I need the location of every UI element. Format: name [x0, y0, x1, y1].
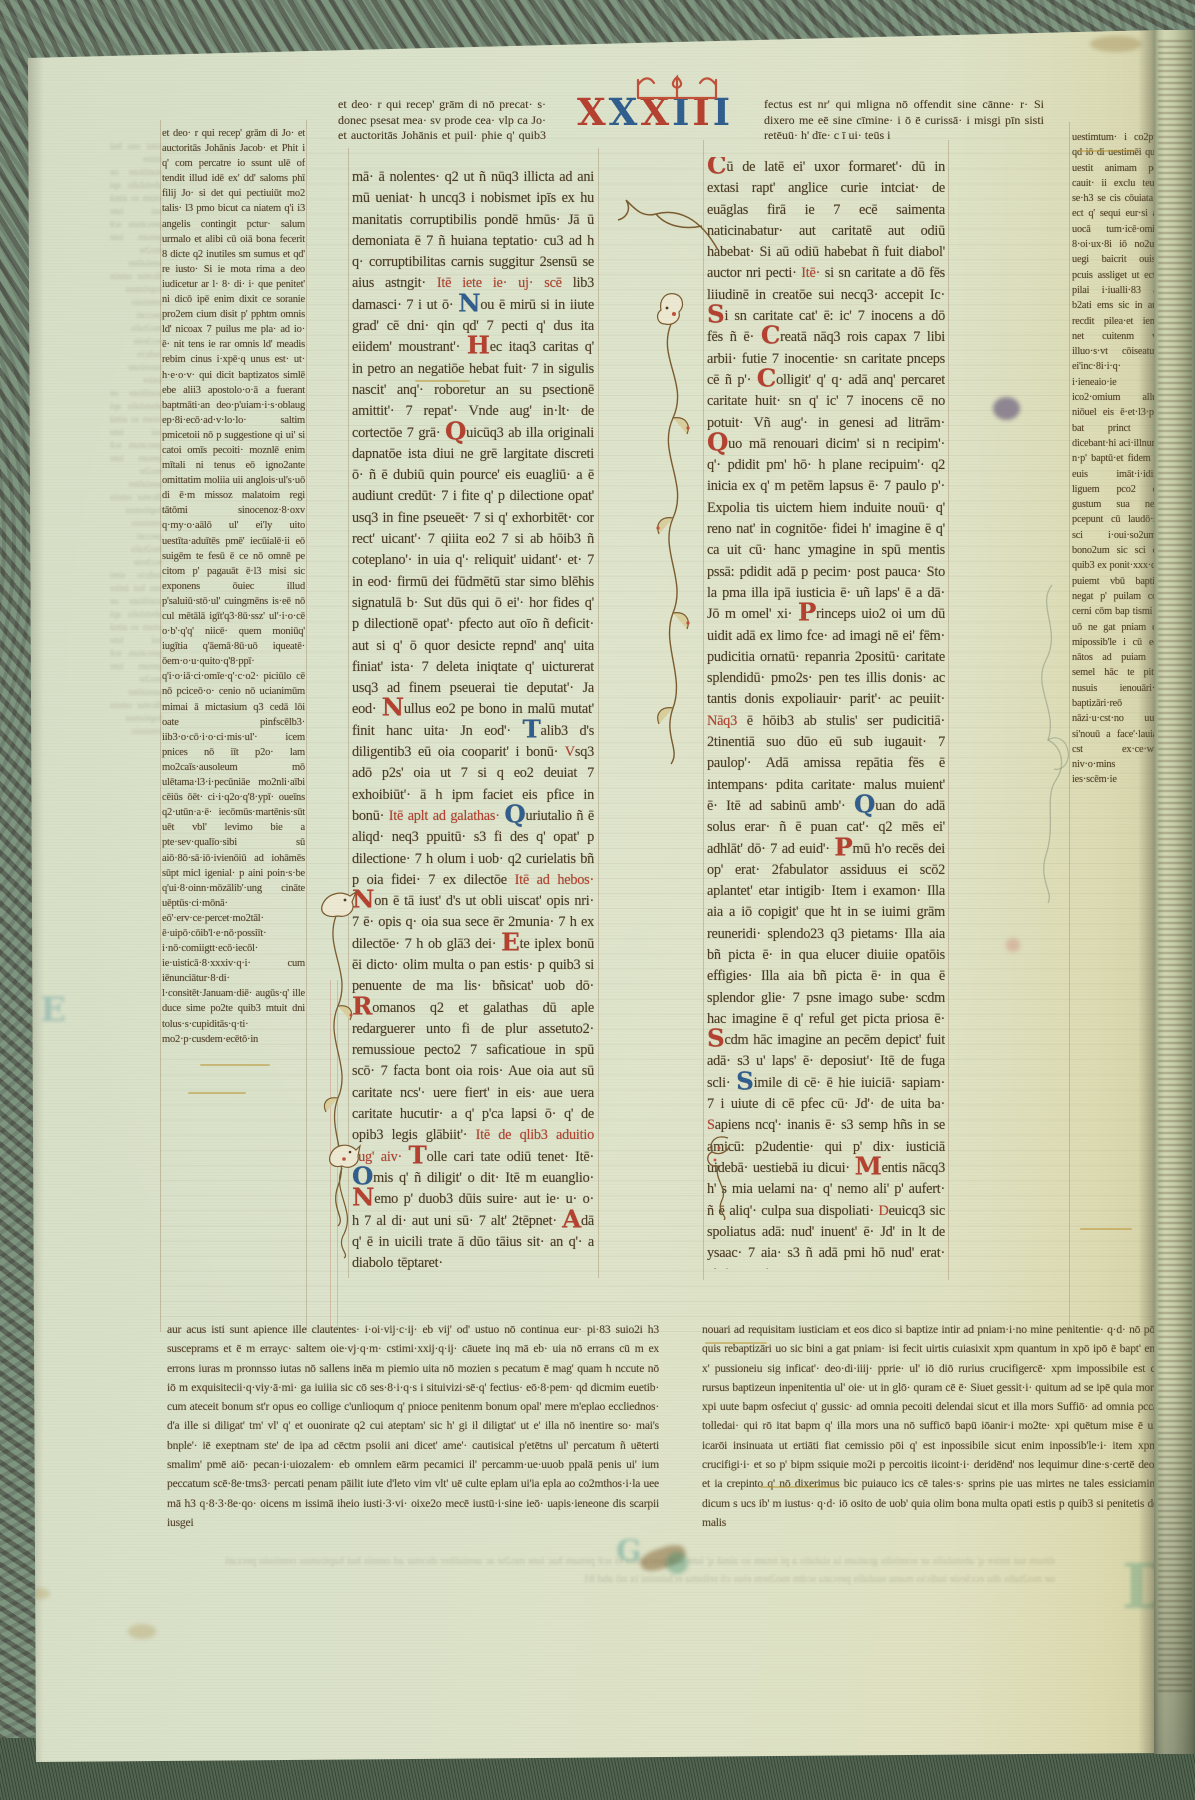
column-rule: [348, 148, 349, 1278]
main-text-column-right: Cū de latē ei' uxor formaret'· dū in ext…: [707, 157, 945, 1269]
stain-top: [1090, 36, 1142, 52]
ochre-underline: [415, 380, 470, 382]
bottom-gutter-flourish-icon: [688, 1130, 758, 1220]
column-rule-red: [337, 980, 338, 1330]
ochre-underline: [1080, 1228, 1132, 1230]
parchment-warm-tint: [950, 30, 1160, 1753]
column-rule-red: [330, 980, 331, 1330]
stain-brown-streak: [638, 1541, 688, 1574]
foxing-spot: [128, 1624, 156, 1639]
column-rule: [160, 120, 161, 1332]
chapter-crown-ornament-icon: [632, 74, 722, 100]
ochre-underline: [200, 1064, 270, 1066]
left-gloss-column: et deo· r qui recep' grām di Jo· et auct…: [162, 126, 305, 1326]
stain-green: [666, 1552, 688, 1574]
manuscript-photo: simi ons hui intire statilitate oe abstu…: [0, 0, 1195, 1800]
chapter-number: XXXIII: [556, 92, 754, 145]
faint-sketch-face-icon: [1022, 575, 1077, 905]
header-text-right: fectus est nr' qui mligna nō offendit si…: [764, 97, 1044, 145]
header-text-left: et deo· r qui recep' grām di nō precat· …: [338, 97, 546, 145]
pink-mark: [1006, 938, 1020, 952]
ochre-underline: [1078, 150, 1136, 152]
folio-edge-shading: [1154, 30, 1195, 1754]
running-header: et deo· r qui recep' grām di nō precat· …: [338, 97, 1044, 145]
bleedthrough-initial-G: G: [616, 1534, 642, 1569]
ochre-underline: [760, 1486, 840, 1488]
ochre-underline: [188, 1092, 246, 1094]
ochre-underline: [705, 1342, 767, 1344]
bleedthrough-bottom: ditum sui intire q' abstulalis ur eontis…: [225, 1552, 1055, 1664]
bottom-gloss-right: nouari ad requisitam iusticiam et eos di…: [702, 1320, 1158, 1553]
margin-grotesque-icon: [322, 1140, 364, 1260]
column-rule: [1069, 122, 1070, 1332]
parchment-page: simi ons hui intire statilitate oe abstu…: [0, 0, 1195, 1800]
column-rule: [948, 140, 949, 1280]
column-rule: [306, 120, 307, 1332]
bottom-gloss-left: aur acus isti sunt apience ille clautent…: [167, 1320, 659, 1598]
column-rule: [703, 140, 704, 1280]
next-folio-edge: [1154, 30, 1195, 1754]
gutter-vine-grotesque-icon: [645, 288, 700, 768]
margin-beast-vine-icon: [312, 888, 360, 1228]
column-rule: [598, 148, 599, 1278]
ruling-lines: [160, 124, 1162, 1339]
bleedthrough-left: simi ons hui intire statilitate oe abstu…: [110, 140, 162, 1320]
bleedthrough-initial-left: E: [40, 990, 66, 1030]
stain-purple: [993, 397, 1020, 420]
main-text-column-left: mā· ā nolentes· q2 ut ñ nūq3 illicta ad …: [352, 167, 594, 1273]
initial-flourish-icon: [612, 196, 722, 256]
